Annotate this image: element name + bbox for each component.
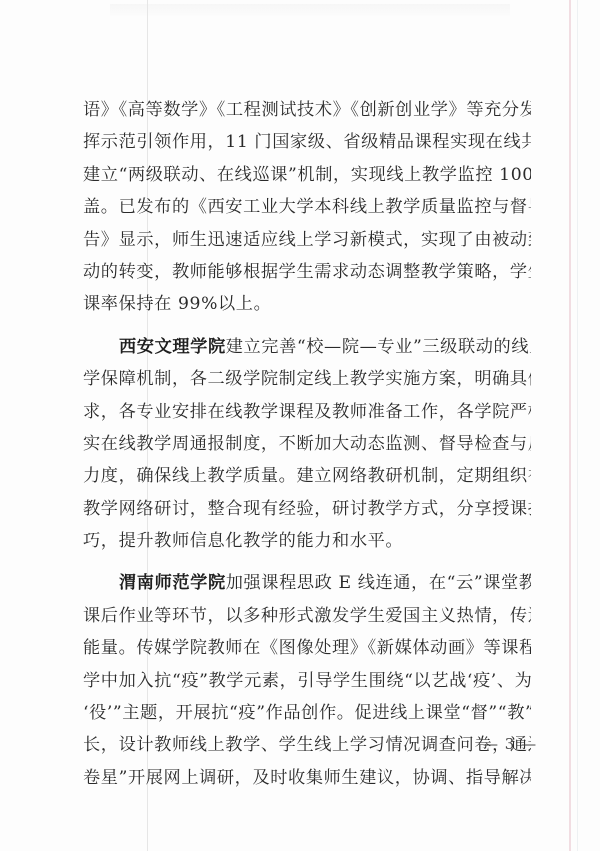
text-line: 课后作业等环节，以多种形式激发学生爱国主义热情，传递正 xyxy=(83,600,531,632)
text-line-first: 西安文理学院建立完善“校—院—专业”三级联动的线上教 xyxy=(83,331,531,363)
body-text: 语》《高等数学》《工程测试技术》《创新创业学》等充分发 挥示范引领作用，11 门… xyxy=(83,94,531,794)
institution-name: 渭南师范学院 xyxy=(119,573,226,593)
scan-bleed-through xyxy=(110,4,510,16)
text-line: 语》《高等数学》《工程测试技术》《创新创业学》等充分发 xyxy=(83,94,531,126)
scan-artifact-line-right-secondary xyxy=(577,0,578,851)
text-line: 告》显示，师生迅速适应线上学习新模式，实现了由被动到主 xyxy=(83,224,531,256)
text-line: 能量。传媒学院教师在《图像处理》《新媒体动画》等课程教 xyxy=(83,632,531,664)
text-line: 盖。已发布的《西安工业大学本科线上教学质量监控与督导报 xyxy=(83,191,531,223)
scan-artifact-line-right xyxy=(569,0,571,851)
text-line: 动的转变，教师能够根据学生需求动态调整教学策略，学生到 xyxy=(83,256,531,288)
text-line: 建立“两级联动、在线巡课”机制，实现线上教学监控 100%全覆 xyxy=(83,159,531,191)
text-line-first: 渭南师范学院加强课程思政 E 线连通，在“云”课堂教学、 xyxy=(83,567,531,599)
text-run: 建立完善“校—院—专业”三级联动的线上教 xyxy=(226,337,531,357)
text-line: 长，设计教师线上教学、学生线上学习情况调查问卷，通过“问 xyxy=(83,729,531,761)
text-line: ‘役’”主题，开展抗“疫”作品创作。促进线上课堂“督”“教”相 xyxy=(83,697,531,729)
institution-name: 西安文理学院 xyxy=(119,337,226,357)
text-line: 力度，确保线上教学质量。建立网络教研机制，定期组织在线 xyxy=(83,460,531,492)
document-page: 语》《高等数学》《工程测试技术》《创新创业学》等充分发 挥示范引领作用，11 门… xyxy=(0,0,600,851)
paragraph-weinan-shifan: 渭南师范学院加强课程思政 E 线连通，在“云”课堂教学、 课后作业等环节，以多种… xyxy=(83,567,531,794)
text-line: 挥示范引领作用，11 门国家级、省级精品课程实现在线共享。 xyxy=(83,126,531,158)
text-line: 卷星”开展网上调研，及时收集师生建议，协调、指导解决问 xyxy=(83,762,531,794)
text-line: 巧，提升教师信息化教学的能力和水平。 xyxy=(83,525,531,557)
text-line: 课率保持在 99%以上。 xyxy=(83,288,531,320)
paragraph-xian-gongye-continued: 语》《高等数学》《工程测试技术》《创新创业学》等充分发 挥示范引领作用，11 门… xyxy=(83,94,531,321)
text-line: 求，各专业安排在线教学课程及教师准备工作，各学院严格落 xyxy=(83,396,531,428)
text-line: 学保障机制，各二级学院制定线上教学实施方案，明确具体要 xyxy=(83,363,531,395)
text-line: 实在线教学周通报制度，不断加大动态监测、督导检查与反馈 xyxy=(83,428,531,460)
text-line: 教学网络研讨，整合现有经验，研讨教学方式，分享授课技 xyxy=(83,493,531,525)
text-line: 学中加入抗“疫”教学元素，引导学生围绕“以艺战‘疫’、为爱战 xyxy=(83,665,531,697)
paragraph-xian-wenli: 西安文理学院建立完善“校—院—专业”三级联动的线上教 学保障机制，各二级学院制定… xyxy=(83,331,531,558)
text-run: 加强课程思政 E 线连通，在“云”课堂教学、 xyxy=(226,573,531,593)
page-number: — 3 — xyxy=(483,735,537,753)
